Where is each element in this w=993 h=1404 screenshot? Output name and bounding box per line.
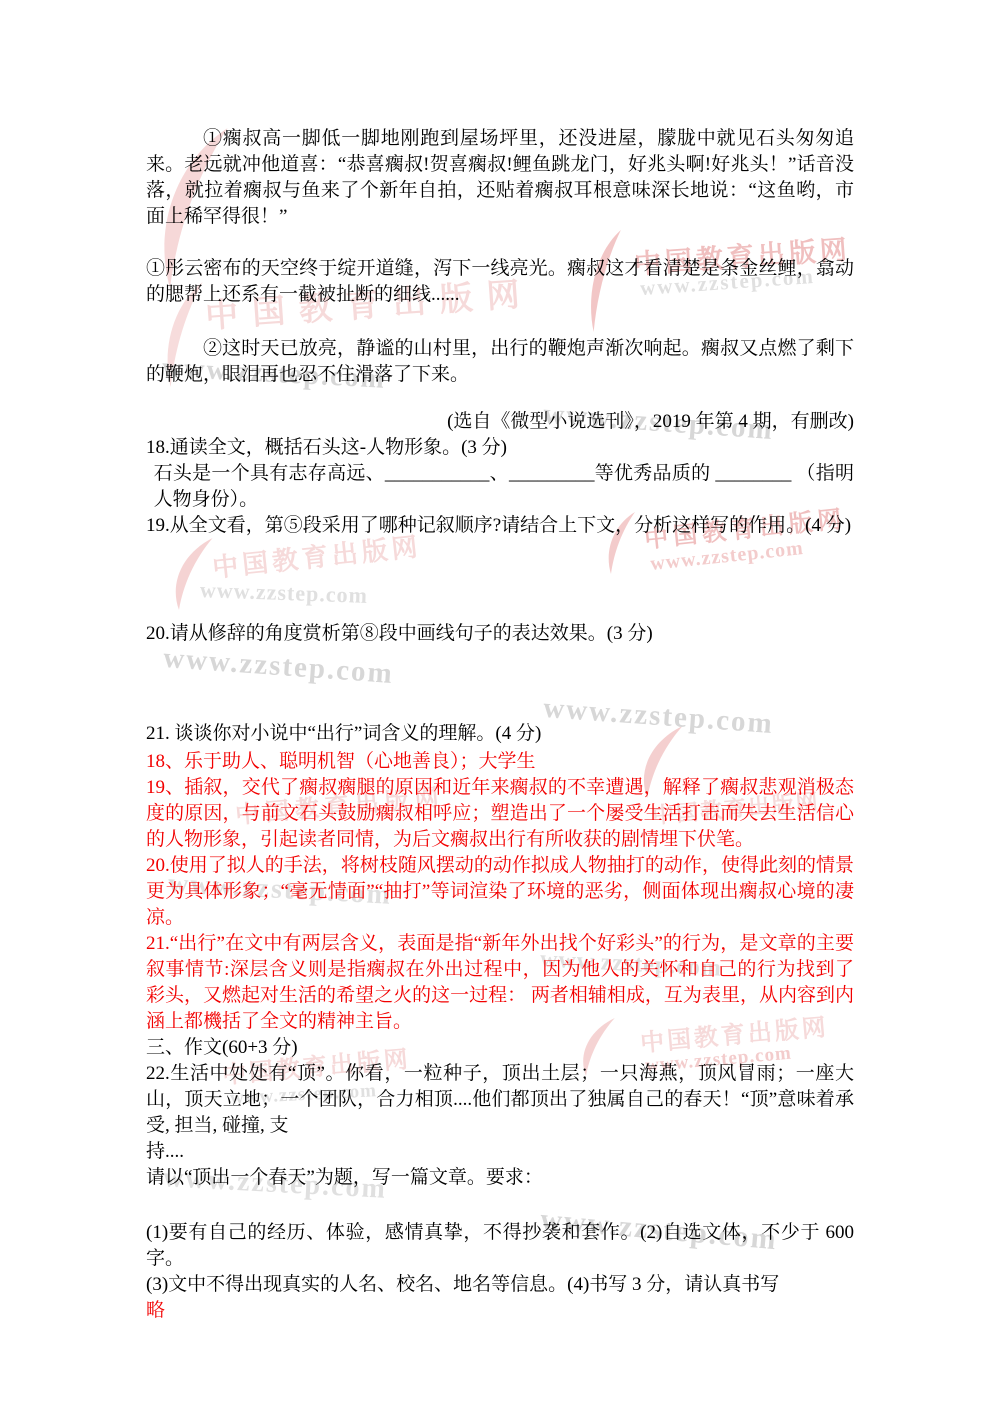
essay-question-22-continued: 持.... <box>146 1139 854 1165</box>
essay-section-title: 三、作文(60+3 分) <box>146 1035 854 1061</box>
passage-paragraph-1: ①瘸叔高一脚低一脚地刚跑到屋场坪里，还没进屋，朦胧中就见石头匆匆追来。老远就冲他… <box>146 126 854 230</box>
answer-21: 21.“出行”在文中有两层含义，表面是指“新年外出找个好彩头”的行为，是文章的主… <box>146 931 854 1035</box>
answer-18: 18、乐于助人、聪明机智（心地善良）；大学生 <box>146 749 854 775</box>
essay-requirement-1: (1)要有自己的经历、体验，感情真挚，不得抄袭和套作。(2)自选文体，不少于 6… <box>146 1220 854 1272</box>
passage-paragraph-3: ②这时天已放亮，静谧的山村里，出行的鞭炮声渐次响起。瘸叔又点燃了剩下的鞭炮，眼泪… <box>146 336 854 388</box>
essay-requirement-2: (3)文中不得出现真实的人名、校名、地名等信息。(4)书写 3 分，请认真书写 <box>146 1272 854 1298</box>
question-20: 20.请从修辞的角度赏析第⑧段中画线句子的表达效果。(3 分) <box>146 621 854 647</box>
question-21: 21. 谈谈你对小说中“出行”词含义的理解。(4 分) <box>146 721 854 747</box>
exam-paper-page: 中国教育出版网 中国教育出版网 中国教育出版网 中国教育出版网 中国教育出版网 … <box>0 0 993 1404</box>
question-18: 18.通读全文，概括石头这-人物形象。(3 分) <box>146 435 854 461</box>
answer-19: 19、插叙，交代了瘸叔瘸腿的原因和近年来瘸叔的不幸遭遇，解释了瘸叔悲观消极态度的… <box>146 775 854 853</box>
passage-source: (选自《微型小说选刊》，2019 年第 4 期，有删改) <box>146 409 854 435</box>
passage-paragraph-2: ①彤云密布的天空终于绽开道缝，泻下一线亮光。瘸叔这才看清楚是条金丝鲤，翕动的腮帮… <box>146 256 854 308</box>
question-18-fill-blanks: 石头是一个具有志存高远、___________、_________等优秀品质的 … <box>146 461 854 513</box>
essay-question-22: 22.生活中处处有“顶”。你看，一粒种子，顶出土层；一只海燕，顶风冒雨；一座大山… <box>146 1061 854 1139</box>
document-content: ①瘸叔高一脚低一脚地刚跑到屋场坪里，还没进屋，朦胧中就见石头匆匆追来。老远就冲他… <box>146 126 854 1324</box>
essay-answer-note: 略 <box>146 1298 854 1324</box>
question-19: 19.从全文看，第⑤段采用了哪种记叙顺序?请结合上下文，分析这样写的作用。(4 … <box>146 513 854 539</box>
essay-title-prompt: 请以“顶出一个春天”为题，写一篇文章。要求： <box>146 1165 854 1191</box>
answer-20: 20.使用了拟人的手法，将树枝随风摆动的动作拟成人物抽打的动作，使得此刻的情景更… <box>146 853 854 931</box>
answer-key-block: 18、乐于助人、聪明机智（心地善良）；大学生 19、插叙，交代了瘸叔瘸腿的原因和… <box>146 749 854 1035</box>
